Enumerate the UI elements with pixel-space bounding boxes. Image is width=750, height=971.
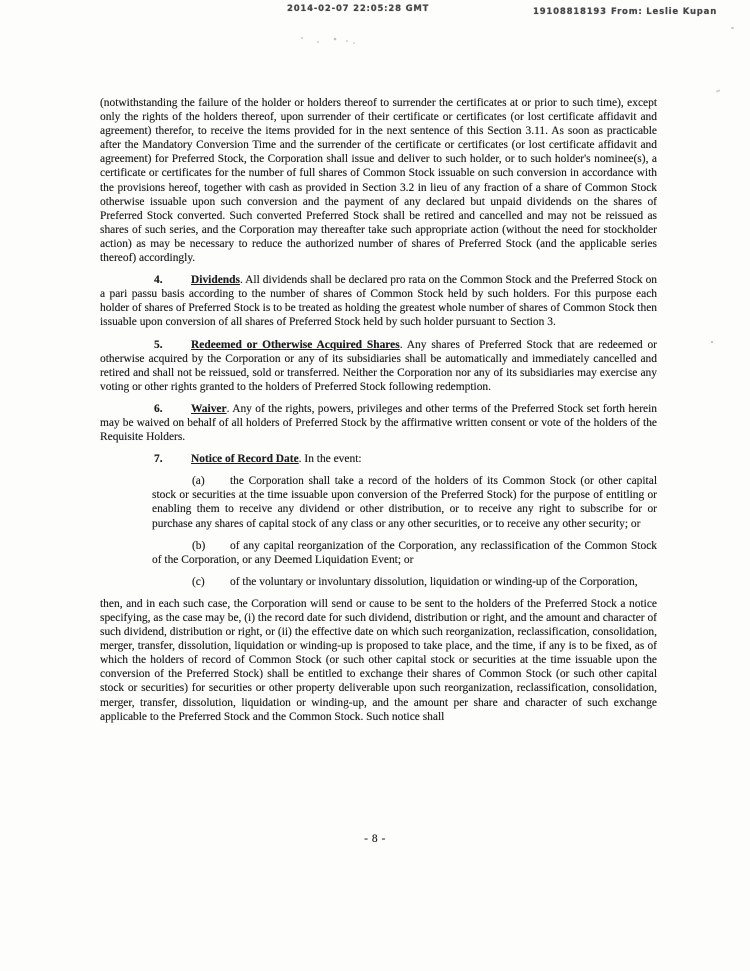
section-number: 4. bbox=[154, 273, 191, 287]
item-label: (c) bbox=[192, 575, 230, 589]
section-number: 7. bbox=[154, 452, 191, 466]
scan-speck bbox=[716, 89, 720, 92]
scanned-document-page: 2014-02-07 22:05:28 GMT19108818193From: … bbox=[0, 0, 750, 971]
section-heading: Redeemed or Otherwise Acquired Shares bbox=[191, 339, 400, 351]
section-waiver: 6.Waiver. Any of the rights, powers, pri… bbox=[100, 402, 657, 444]
scan-speck bbox=[731, 27, 734, 29]
scan-artifact-marks bbox=[301, 37, 303, 39]
section-redeemed-shares: 5.Redeemed or Otherwise Acquired Shares.… bbox=[100, 338, 657, 394]
opening-paragraph-text: (notwithstanding the failure of the hold… bbox=[100, 97, 657, 264]
scan-speck bbox=[711, 341, 713, 343]
section-number: 5. bbox=[154, 338, 191, 352]
page-number: - 8 - bbox=[0, 833, 750, 845]
fax-number: 19108818193 bbox=[533, 7, 607, 17]
section-body: In the event: bbox=[304, 453, 361, 465]
closing-paragraph-text: then, and in each such case, the Corpora… bbox=[100, 598, 657, 723]
item-label: (b) bbox=[192, 539, 230, 553]
section-dividends: 4.Dividends. All dividends shall be decl… bbox=[100, 273, 657, 329]
document-body: (notwithstanding the failure of the hold… bbox=[100, 96, 657, 724]
notice-item-c: (c)of the voluntary or involuntary disso… bbox=[152, 575, 657, 589]
section-heading: Waiver bbox=[191, 403, 227, 415]
section-notice-of-record-date: 7.Notice of Record Date. In the event: bbox=[100, 452, 657, 466]
heading-separator: . bbox=[400, 339, 407, 351]
fax-sender: From: Leslie Kupan bbox=[611, 7, 717, 17]
closing-paragraph: then, and in each such case, the Corpora… bbox=[100, 597, 657, 724]
notice-item-b: (b)of any capital reorganization of the … bbox=[152, 539, 657, 567]
item-label: (a) bbox=[192, 474, 230, 488]
opening-paragraph: (notwithstanding the failure of the hold… bbox=[100, 96, 657, 265]
item-text: of the voluntary or involuntary dissolut… bbox=[230, 576, 638, 588]
notice-item-a: (a)the Corporation shall take a record o… bbox=[152, 474, 657, 530]
fax-timestamp: 2014-02-07 22:05:28 GMT bbox=[287, 4, 429, 14]
section-number: 6. bbox=[154, 402, 191, 416]
section-heading: Notice of Record Date bbox=[191, 453, 299, 465]
section-heading: Dividends bbox=[191, 274, 240, 286]
